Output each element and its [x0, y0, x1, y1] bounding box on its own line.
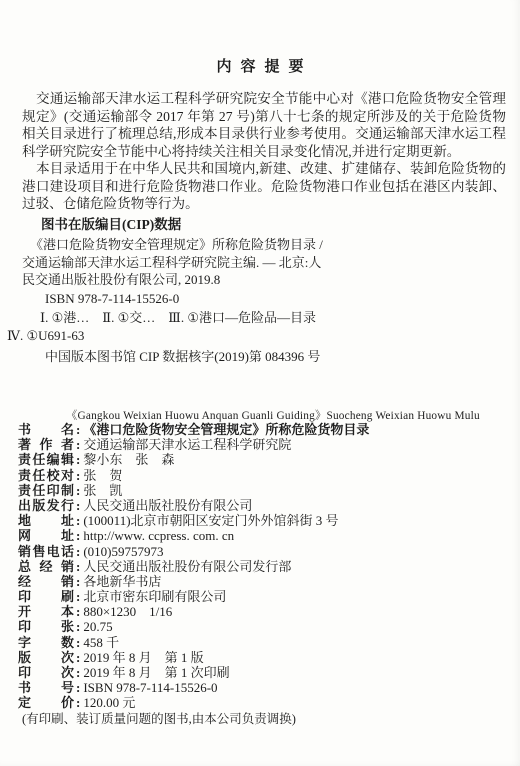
colophon-value: 2019 年 8 月 第 1 次印刷 — [81, 665, 229, 680]
cip-line: 民交通出版社股份有限公司, 2019.8 — [22, 271, 352, 289]
cip-line: Ⅰ. ①港… Ⅱ. ①交… Ⅲ. ①港口—危险品—目录 — [22, 309, 352, 327]
content-summary-title: 内容提要 — [0, 55, 520, 76]
book-copyright-page: 内容提要 交通运输部天津水运工程科学研究院安全节能中心对《港口危险货物安全管理规… — [0, 0, 520, 766]
colophon-label: 开本 — [18, 604, 74, 619]
colophon-row: 销售电话:(010)59757973 — [18, 544, 512, 559]
colophon-label: 书号 — [18, 680, 74, 695]
cip-line: 交通运输部天津水运工程科学研究院主编. — 北京:人 — [22, 254, 352, 272]
colophon-row: 网址:http://www. ccpress. com. cn — [18, 528, 512, 543]
colophon-value: 黎小东 张 森 — [81, 452, 174, 467]
colophon-label: 责任校对 — [18, 468, 74, 483]
colophon-value: 880×1230 1/16 — [81, 604, 172, 619]
colophon-row: 责任编辑:黎小东 张 森 — [18, 452, 512, 467]
colophon-row: 印刷:北京市密东印刷有限公司 — [18, 589, 512, 604]
colophon-row: 书名:《港口危险货物安全管理规定》所称危险货物目录 — [18, 422, 512, 437]
colophon-row: 字数:458 千 — [18, 635, 512, 650]
colophon-label: 印张 — [18, 619, 74, 634]
colophon-label: 责任编辑 — [18, 452, 74, 467]
content-summary-section: 交通运输部天津水运工程科学研究院安全节能中心对《港口危险货物安全管理规定》(交通… — [22, 90, 506, 213]
colophon-value: 北京市密东印刷有限公司 — [81, 589, 226, 604]
colophon-label: 字数 — [18, 635, 74, 650]
colophon-label: 书名 — [18, 422, 74, 437]
colophon-row: 版次:2019 年 8 月 第 1 版 — [18, 650, 512, 665]
colophon-label: 总经销 — [18, 559, 74, 574]
summary-paragraph: 本目录适用于在中华人民共和国境内,新建、改建、扩建储存、装卸危险货物的港口建设项… — [22, 160, 506, 213]
cip-line: Ⅳ. ①U691-63 — [7, 327, 352, 345]
colophon-value: 2019 年 8 月 第 1 版 — [81, 650, 203, 665]
colophon-value: 人民交通出版社股份有限公司发行部 — [81, 559, 291, 574]
colophon-value: 20.75 — [81, 619, 112, 634]
colophon-row: 总经销:人民交通出版社股份有限公司发行部 — [18, 559, 512, 574]
colophon-row: 地址:(100011)北京市朝阳区安定门外外馆斜街 3 号 — [18, 513, 512, 528]
colophon-label: 版次 — [18, 650, 74, 665]
cip-heading: 图书在版编目(CIP)数据 — [41, 213, 181, 233]
colophon-row: 印次:2019 年 8 月 第 1 次印刷 — [18, 665, 512, 680]
colophon-value: 人民交通出版社股份有限公司 — [81, 498, 252, 513]
colophon-row: 书号:ISBN 978-7-114-15526-0 — [18, 680, 512, 695]
colophon-value: (100011)北京市朝阳区安定门外外馆斜街 3 号 — [81, 513, 338, 528]
colophon-table: 书名:《港口危险货物安全管理规定》所称危险货物目录著作者:交通运输部天津水运工程… — [18, 422, 512, 711]
colophon-value: 《港口危险货物安全管理规定》所称危险货物目录 — [81, 422, 369, 437]
colophon-value: 张 凯 — [81, 483, 122, 498]
colophon-label: 责任印制 — [18, 483, 74, 498]
colophon-label: 网址 — [18, 528, 74, 543]
colophon-label: 出版发行 — [18, 498, 74, 513]
colophon-row: 责任印制:张 凯 — [18, 483, 512, 498]
colophon-row: 著作者:交通运输部天津水运工程科学研究院 — [18, 437, 512, 452]
colophon-value: http://www. ccpress. com. cn — [81, 528, 234, 543]
colophon-value: 458 千 — [81, 635, 119, 650]
cip-line: 《港口危险货物安全管理规定》所称危险货物目录 / — [22, 236, 352, 254]
colophon-row: 开本:880×1230 1/16 — [18, 604, 512, 619]
colophon-label: 地址 — [18, 513, 74, 528]
colophon-label: 著作者 — [18, 437, 74, 452]
cip-line: ISBN 978-7-114-15526-0 — [22, 290, 352, 308]
colophon-row: 出版发行:人民交通出版社股份有限公司 — [18, 498, 512, 513]
colophon-label: 印刷 — [18, 589, 74, 604]
colophon-row: 印张:20.75 — [18, 619, 512, 634]
colophon-label: 销售电话 — [18, 544, 74, 559]
quality-note: (有印刷、装订质量问题的图书,由本公司负责调换) — [22, 709, 296, 727]
colophon-value: 交通运输部天津水运工程科学研究院 — [81, 437, 291, 452]
cip-line: 中国版本图书馆 CIP 数据核字(2019)第 084396 号 — [22, 348, 352, 366]
colophon-value: (010)59757973 — [81, 544, 163, 559]
colophon-value: ISBN 978-7-114-15526-0 — [81, 680, 217, 695]
colophon-label: 经销 — [18, 574, 74, 589]
summary-paragraph: 交通运输部天津水运工程科学研究院安全节能中心对《港口危险货物安全管理规定》(交通… — [22, 90, 506, 160]
colophon-value: 张 贺 — [81, 468, 122, 483]
colophon-value: 各地新华书店 — [81, 574, 161, 589]
colophon-row: 责任校对:张 贺 — [18, 468, 512, 483]
cip-block: 《港口危险货物安全管理规定》所称危险货物目录 /交通运输部天津水运工程科学研究院… — [22, 236, 352, 366]
pinyin-title-line: 《Gangkou Weixian Huowu Anquan Guanli Gui… — [66, 407, 480, 423]
colophon-label: 印次 — [18, 665, 74, 680]
colophon-row: 经销:各地新华书店 — [18, 574, 512, 589]
